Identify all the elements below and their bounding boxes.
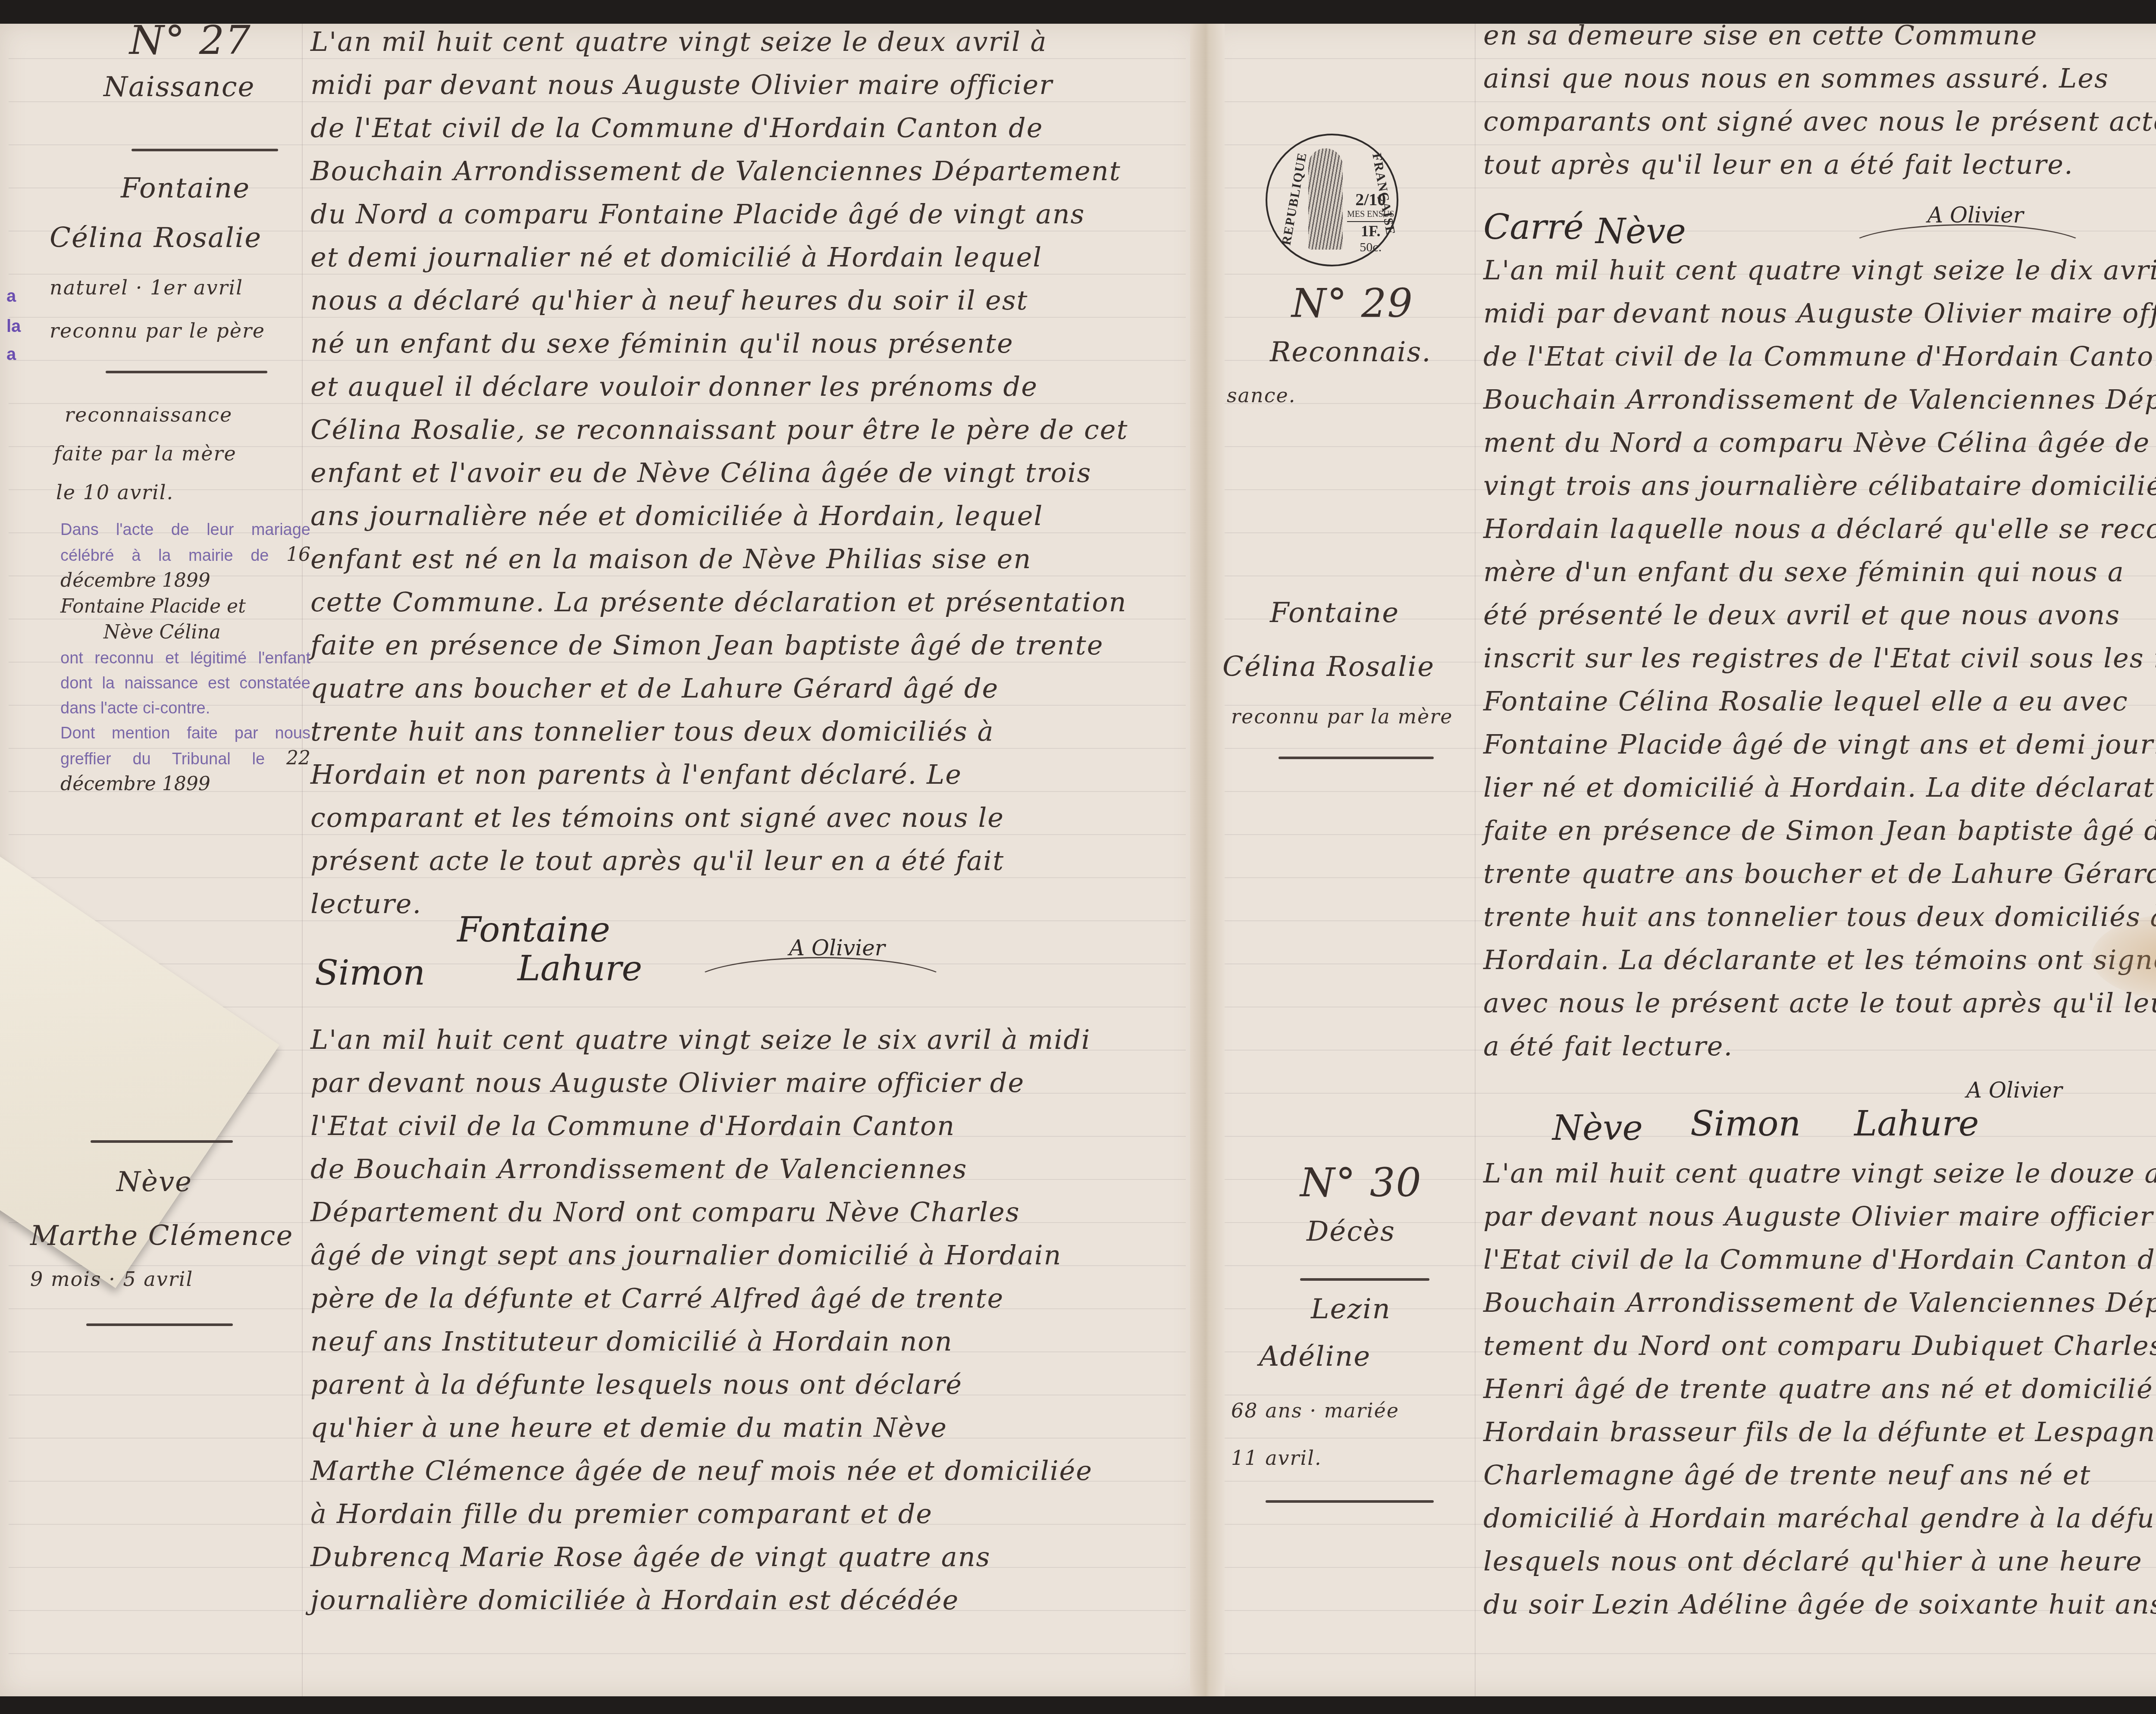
handwritten-line: par devant nous Auguste Olivier maire of… (1483, 1201, 2156, 1232)
handwritten-line: ans journalière née et domiciliée à Hord… (310, 500, 1043, 532)
handwritten-line: de Bouchain Arrondissement de Valencienn… (310, 1153, 967, 1185)
subject-surname: Fontaine (121, 172, 250, 204)
handwritten-line: et auquel il déclare vouloir donner les … (310, 371, 1038, 402)
handwritten-line: par devant nous Auguste Olivier maire of… (310, 1067, 1025, 1098)
handwritten-line: Hordain brasseur fils de la défunte et L… (1483, 1416, 2156, 1448)
ruled-line (9, 317, 1186, 318)
ruled-line (1225, 1653, 2156, 1654)
handwritten-line: Fontaine Célina Rosalie lequel elle a eu… (1483, 685, 2128, 717)
handwritten-line: père de la défunte et Carré Alfred âgé d… (310, 1282, 1004, 1314)
subject-given-names: Marthe Clémence (30, 1220, 293, 1252)
handwritten-line: L'an mil huit cent quatre vingt seize le… (310, 26, 1047, 57)
edge-mark: la (6, 317, 21, 336)
left-margin-rule (302, 24, 303, 1696)
spouse-names-2: Nève Célina (60, 621, 221, 643)
handwritten-line: Bouchain Arrondissement de Valenciennes … (1483, 1287, 2156, 1318)
separator (86, 1323, 233, 1326)
act-type-cont: sance. (1227, 384, 1296, 407)
subject-given-names: Célina Rosalie (50, 222, 262, 254)
legitimation-text-3: Dont mention faite par nous greffier du … (60, 724, 310, 768)
handwritten-line: L'an mil huit cent quatre vingt seize le… (310, 1024, 1091, 1055)
handwritten-line: L'an mil huit cent quatre vingt seize le… (1483, 254, 2156, 286)
legitimation-text-1: Dans l'acte de leur mariage célébré à la… (60, 521, 310, 565)
handwritten-line: ainsi que nous nous en sommes assuré. Le… (1483, 63, 2109, 94)
handwritten-line: lecture. (310, 888, 422, 920)
handwritten-line: enfant et l'avoir eu de Nève Célina âgée… (310, 457, 1091, 488)
handwritten-line: midi par devant nous Auguste Olivier mai… (310, 69, 1053, 100)
handwritten-line: du soir Lezin Adéline âgée de soixante h… (1483, 1589, 2156, 1620)
act-type: Naissance (103, 71, 255, 103)
fiscal-stamp: REPUBLIQUE FRANÇAISE 2/10 MES ENSUS 1F. … (1266, 134, 1398, 266)
handwritten-line: qu'hier à une heure et demie du matin Nè… (310, 1412, 947, 1443)
handwritten-line: quatre ans boucher et de Lahure Gérard â… (310, 672, 999, 704)
stamp-value-2: MES ENSUS (1347, 210, 1394, 219)
ruled-line (9, 274, 1186, 275)
separator (1266, 1500, 1434, 1503)
handwritten-line: Hordain. La déclarante et les témoins on… (1483, 944, 2156, 976)
subject-surname: Fontaine (1270, 597, 1399, 629)
act-number: N° 27 (129, 17, 251, 63)
handwritten-line: cette Commune. La présente déclaration e… (310, 586, 1127, 618)
handwritten-line: faite en présence de Simon Jean baptiste… (310, 629, 1103, 661)
handwritten-line: faite en présence de Simon Jean baptiste… (1483, 815, 2156, 846)
marginal-recognition-1: reconnaissance (65, 403, 232, 426)
death-note: 68 ans · mariée (1231, 1399, 1399, 1422)
separator (106, 371, 267, 373)
handwritten-line: à Hordain fille du premier comparant et … (310, 1498, 933, 1529)
handwritten-line: Bouchain Arrondissement de Valenciennes … (310, 155, 1121, 187)
handwritten-line: comparants ont signé avec nous le présen… (1483, 106, 2156, 137)
handwritten-line: en sa demeure sise en cette Commune (1483, 19, 2037, 51)
handwritten-line: l'Etat civil de la Commune d'Hordain Can… (1483, 1244, 2156, 1275)
recognition-note: reconnu par la mère (1231, 705, 1453, 728)
signature-simon: Simon (315, 953, 425, 993)
handwritten-line: Dubrencq Marie Rose âgée de vingt quatre… (310, 1541, 990, 1573)
book-gutter (1190, 24, 1225, 1696)
handwritten-line: lier né et domicilié à Hordain. La dite … (1483, 772, 2156, 803)
handwritten-line: de l'Etat civil de la Commune d'Hordain … (1483, 341, 2156, 372)
handwritten-line: tout après qu'il leur en a été fait lect… (1483, 149, 2074, 180)
handwritten-line: Fontaine Placide âgé de vingt ans et dem… (1483, 729, 2156, 760)
handwritten-line: inscrit sur les registres de l'Etat civi… (1483, 642, 2156, 674)
handwritten-line: comparant et les témoins ont signé avec … (310, 802, 1004, 833)
subject-surname: Lezin (1311, 1293, 1391, 1325)
act-number: N° 30 (1300, 1160, 1422, 1206)
legitimation-printed-note: Dans l'acte de leur mariage célébré à la… (60, 517, 310, 798)
handwritten-line: présent acte le tout après qu'il leur en… (310, 845, 1004, 876)
act-type: Reconnais. (1270, 336, 1432, 368)
handwritten-line: a été fait lecture. (1483, 1030, 1733, 1062)
edge-mark: a (6, 345, 16, 364)
handwritten-line: nous a déclaré qu'hier à neuf heures du … (310, 285, 1028, 316)
ruled-line (9, 834, 1186, 835)
handwritten-line: Hordain et non parents à l'enfant déclar… (310, 759, 962, 790)
marginal-recognition-2: faite par la mère (54, 442, 237, 465)
stamp-text-left: REPUBLIQUE (1279, 151, 1310, 247)
signature-flourish (690, 957, 951, 1011)
separator (1300, 1278, 1429, 1281)
ruled-line (9, 360, 1186, 361)
birth-note: naturel · 1er avril (50, 276, 243, 299)
ruled-line (9, 1653, 1186, 1654)
signature-mayor: A Olivier (1966, 1078, 2062, 1103)
handwritten-line: et demi journalier né et domicilié à Hor… (310, 241, 1042, 273)
ruled-line (9, 489, 1186, 490)
ruled-line (9, 144, 1186, 145)
separator (91, 1140, 233, 1143)
handwritten-line: été présenté le deux avril et que nous a… (1483, 599, 2120, 631)
handwritten-line: Henri âgé de trente quatre ans né et dom… (1483, 1373, 2156, 1404)
handwritten-line: ment du Nord a comparu Nève Célina âgée … (1483, 427, 2150, 458)
handwritten-line: vingt trois ans journalière célibataire … (1483, 470, 2156, 501)
handwritten-line: trente huit ans tonnelier tous deux domi… (1483, 901, 2156, 932)
stamp-value-4: 50c. (1347, 240, 1394, 255)
handwritten-line: Charlemagne âgé de trente neuf ans né et (1483, 1459, 2091, 1491)
subject-given-names: Adéline (1259, 1341, 1371, 1373)
handwritten-line: domicilié à Hordain maréchal gendre à la… (1483, 1502, 2156, 1534)
handwritten-line: Célina Rosalie, se reconnaissant pour êt… (310, 414, 1128, 445)
handwritten-line: L'an mil huit cent quatre vingt seize le… (1483, 1157, 2156, 1189)
handwritten-line: de l'Etat civil de la Commune d'Hordain … (310, 112, 1043, 144)
ruled-line (1225, 101, 2156, 102)
handwritten-line: Département du Nord ont comparu Nève Cha… (310, 1196, 1020, 1228)
marginal-recognition-3: le 10 avril. (56, 481, 174, 504)
subject-surname: Nève (116, 1166, 192, 1198)
handwritten-line: tement du Nord ont comparu Dubiquet Char… (1483, 1330, 2156, 1361)
handwritten-line: neuf ans Instituteur domicilié à Hordain… (310, 1326, 953, 1357)
handwritten-line: lesquels nous ont déclaré qu'hier à une … (1483, 1545, 2143, 1577)
separator (132, 149, 278, 151)
signature-fontaine: Fontaine (457, 910, 610, 950)
handwritten-line: journalière domiciliée à Hordain est déc… (310, 1584, 959, 1616)
signature-mayor: A Olivier (789, 935, 885, 960)
recognition-note: reconnu par le père (50, 319, 265, 342)
handwritten-line: Hordain laquelle nous a déclaré qu'elle … (1483, 513, 2156, 544)
stamp-value-3: 1F. (1347, 221, 1394, 240)
spouse-names-1: Fontaine Placide et (60, 595, 246, 617)
signature-lahure: Lahure (1854, 1104, 1979, 1144)
death-date: 11 avril. (1231, 1446, 1322, 1470)
signature-carre: Carré (1483, 207, 1584, 247)
handwritten-line: trente huit ans tonnelier tous deux domi… (310, 716, 994, 747)
subject-given-names: Célina Rosalie (1222, 651, 1435, 683)
handwritten-line: âgé de vingt sept ans journalier domicil… (310, 1239, 1062, 1271)
handwritten-line: l'Etat civil de la Commune d'Hordain Can… (310, 1110, 955, 1142)
handwritten-line: midi par devant nous Auguste Olivier mai… (1483, 297, 2156, 329)
justice-figure-icon (1308, 148, 1343, 250)
handwritten-line: trente quatre ans boucher et de Lahure G… (1483, 858, 2156, 889)
signature-neve: Nève (1595, 211, 1686, 251)
handwritten-line: né un enfant du sexe féminin qu'il nous … (310, 328, 1014, 359)
stamp-value: 2/10 MES ENSUS 1F. 50c. (1347, 189, 1394, 255)
handwritten-line: Bouchain Arrondissement de Valenciennes … (1483, 384, 2156, 415)
handwritten-line: parent à la défunte lesquels nous ont dé… (310, 1369, 962, 1400)
ruled-line (9, 877, 1186, 878)
handwritten-line: Marthe Clémence âgée de neuf mois née et… (310, 1455, 1093, 1486)
separator (1279, 757, 1434, 759)
signature-neve: Nève (1552, 1108, 1643, 1148)
signature-simon: Simon (1690, 1104, 1801, 1144)
signature-lahure: Lahure (517, 948, 642, 988)
handwritten-line: enfant est né en la maison de Nève Phili… (310, 543, 1031, 575)
ruled-line (1225, 58, 2156, 59)
death-note: 9 mois · 5 avril (30, 1267, 193, 1291)
right-margin-rule (1475, 24, 1476, 1696)
act-number: N° 29 (1291, 280, 1413, 326)
legitimation-text-2: ont reconnu et légitimé l'enfant dont la… (60, 649, 310, 717)
edge-mark: a (6, 287, 16, 306)
handwritten-line: avec nous le présent acte le tout après … (1483, 987, 2156, 1019)
stamp-value-1: 2/10 (1347, 189, 1394, 210)
act-type: Décès (1307, 1216, 1395, 1248)
handwritten-line: mère d'un enfant du sexe féminin qui nou… (1483, 556, 2125, 588)
handwritten-line: du Nord a comparu Fontaine Placide âgé d… (310, 198, 1085, 230)
